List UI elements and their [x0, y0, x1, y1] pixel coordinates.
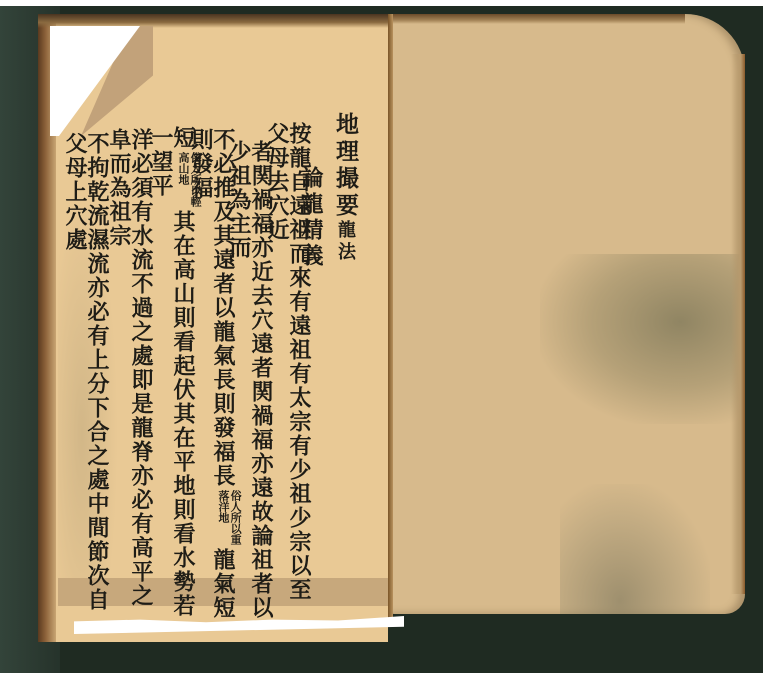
column-4-annotation: 俗人所以輕高山地 — [177, 152, 201, 208]
right-page — [390, 14, 745, 614]
right-page-top-edge — [390, 14, 685, 24]
title-suffix: 龍法 — [335, 220, 356, 264]
water-stain-lower — [560, 484, 710, 614]
column-3-annotation: 俗人所以重落洋地 — [217, 490, 241, 546]
left-page: 地理撮要龍法 論龍精義 按龍自遠祖而來有遠祖有太宗有少祖少宗以至父母去穴近 者関… — [38, 14, 388, 642]
text-column-5: 洋必須有水流不過之處即是龍脊亦必有高平之阜而為祖宗 — [108, 128, 152, 628]
right-page-worn-edge — [731, 54, 745, 594]
water-stain — [540, 254, 740, 424]
scan-background: 地理撮要龍法 論龍精義 按龍自遠祖而來有遠祖有太宗有少祖少宗以至父母去穴近 者関… — [0, 6, 763, 673]
text-column-6: 不拘乾流濕流亦必有上分下合之處中間節次自父母上穴處 — [64, 132, 108, 632]
text-block: 地理撮要龍法 論龍精義 按龍自遠祖而來有遠祖有太宗有少祖少宗以至父母去穴近 者関… — [38, 14, 388, 642]
text-column-4: 短俗人所以輕高山地其在高山則看起伏其在平地則看水勢若一望平 — [150, 126, 201, 626]
book-title: 地理撮要龍法 — [334, 112, 357, 264]
title-text: 地理撮要 — [332, 112, 359, 220]
